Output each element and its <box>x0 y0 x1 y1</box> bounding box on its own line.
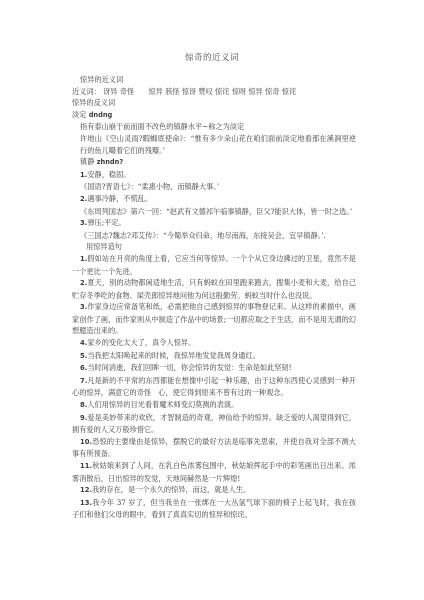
word-pinyin: zhndn? <box>97 158 123 166</box>
synonyms-line: 近义词： 讶异 奇怪 惊异 骇怪 惊讶 赞叹 惊诧 惊呀 惊异 惊奇 惊诧 <box>72 86 356 98</box>
definition-source: 《国语?晋语七》：“柔惠小物，而镇静大事。’ <box>72 181 356 193</box>
sentence-item: 13.我今年 37 岁了，但当我坐在一张绑在一大丛氢气球下面的椅子上起飞时，我在… <box>72 497 356 521</box>
synonyms-group-1: 讶异 奇怪 <box>103 87 134 96</box>
sentence-item: 2.夏天，别的动物都闲适地生活，只有蚂蚁在田里跑来跑去，搜集小麦和大麦，给自己贮… <box>72 277 356 301</box>
sentence-item: 6.当时间消逝，我们回眸一切，你会惊异的发觉：生命是如此坚韧! <box>72 362 356 375</box>
word-entry-dandung: 淡定 dndng <box>72 109 356 122</box>
word-term: 镇静 <box>80 157 94 166</box>
sentence-item: 9.爱是美妙带来的欢欣，才智制造的奇观，神仙给予的惊异。缺乏爱的人渴望得到它，拥… <box>72 412 356 436</box>
sentence-item: 3.作家身边应常备笔和纸，必需把他自己感到惊异的事物登记来。从这样的素描中，画家… <box>72 301 356 337</box>
document-title: 惊奇的近义词 <box>0 51 424 63</box>
document-page: 惊奇的近义词 惊异的近义词 近义词： 讶异 奇怪 惊异 骇怪 惊讶 赞叹 惊诧 … <box>0 0 424 600</box>
synonyms-label: 近义词： <box>72 87 101 96</box>
word-pinyin: dndng <box>89 111 113 119</box>
word-example: 许地山《空山灵雨?暇蜘底使命》：“惟有多少朵山花在咱们面前淡定地看那在溪涧里逆行… <box>64 133 356 156</box>
sentence-item: 1.假如站在月亮的角度上看，它应当何等惊异。一个个从它身边拂过的卫星，竟然不是一… <box>72 253 356 277</box>
sentence-item: 5.当我把太阳唤起来的时候，我惊异地发觉我周身通红。 <box>72 350 356 363</box>
definition-source: 《三国志?魏志?邓艾传》：“今蜀举众归命，地尽南海，东接吴会，宜早镇静。’. <box>72 230 356 242</box>
definition-item: 1.安静，稳固。 <box>72 169 356 182</box>
sentence-item: 7.凡是新的不平常的东西都能在想像中引起一种乐趣，由于这种东西使心灵感到一种开心… <box>72 375 356 399</box>
sentence-item: 10.恐惊的主要缘由是惊异，摆脱它的最好方法是临事先思索，并使自我对全部不测大事… <box>72 436 356 460</box>
sentence-item: 8.人们用惊异的目光看着魔术师变幻莫测的表演。 <box>72 399 356 412</box>
sentence-item: 12.我的存在，是一个永久的惊异，而这，就是人生。 <box>72 484 356 497</box>
word-definition: 指有泰山崩于前而面不改色的镇静水平~称之为淡定 <box>72 121 356 133</box>
definition-item: 3.弹压;平定。 <box>72 217 356 230</box>
synonyms-group-2: 惊异 骇怪 惊讶 赞叹 惊诧 惊呀 惊异 惊奇 惊诧 <box>148 87 296 96</box>
document-body: 惊异的近义词 近义词： 讶异 奇怪 惊异 骇怪 惊讶 赞叹 惊诧 惊呀 惊异 惊… <box>72 74 356 521</box>
sentence-item: 4.家乡的变化太大了，真令人惊异。 <box>72 337 356 350</box>
antonyms-heading: 惊异的反义词 <box>72 97 356 109</box>
word-entry-zhenjing: 镇静 zhndn? <box>72 156 356 169</box>
definition-item: 2.遇事冷静，不慌乱。 <box>72 193 356 206</box>
definition-source: 《东周列国志》第六一回：“赵武有文德祁午临事镇静，臣父?能识大体，皆一时之选。’ <box>72 206 356 218</box>
sentences-heading: 用惊异造句 <box>72 241 356 253</box>
word-term: 淡定 <box>72 110 86 119</box>
synonyms-heading: 惊异的近义词 <box>72 74 356 86</box>
sentence-item: 11.秋姑娘来到了人间，在乳白色浓雾包围中，秋姑娘挥起手中的彩笔画出日出来。浓雾… <box>72 460 356 484</box>
